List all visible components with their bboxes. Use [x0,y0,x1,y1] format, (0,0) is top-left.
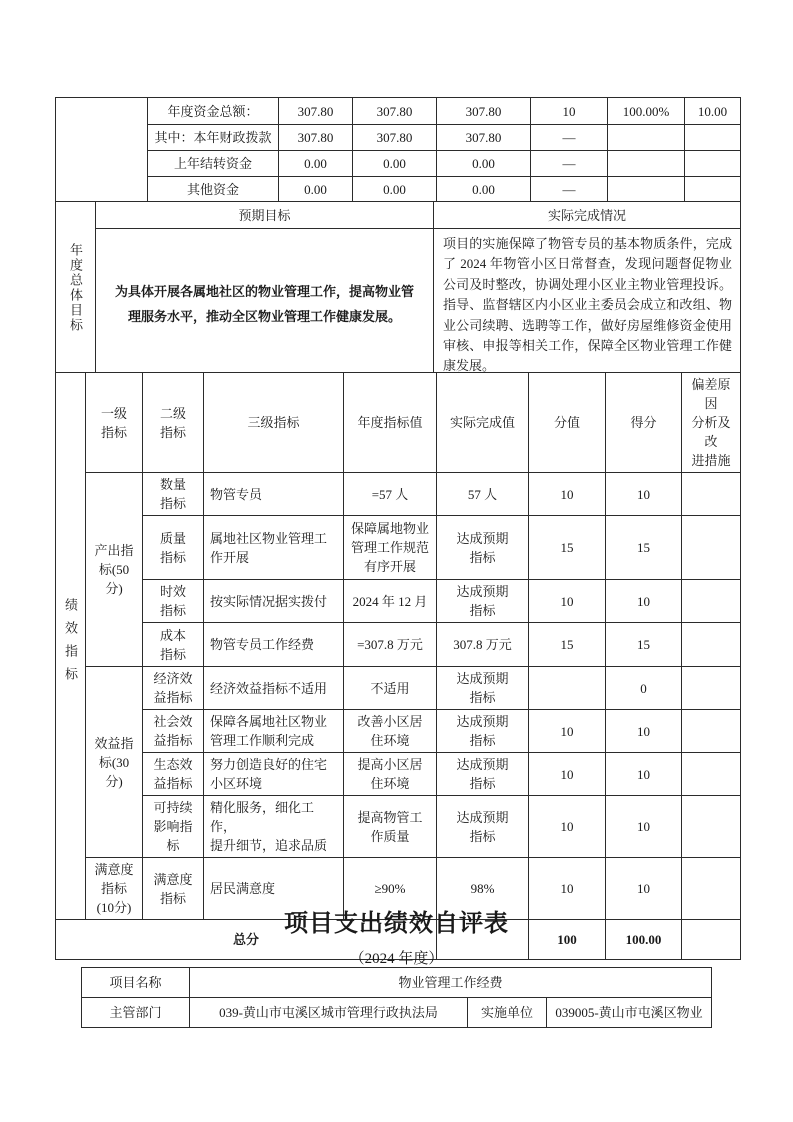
deviation-cell [682,796,741,858]
funding-score-value: — [531,177,608,202]
target-cell: 2024 年 12 月 [344,580,437,623]
points-cell: 10 [606,580,682,623]
header-target: 年度指标值 [344,373,437,473]
funding-row-label: 其中：本年财政拨款 [148,125,279,151]
funding-budget-value: 307.80 [279,125,353,151]
deviation-cell [682,516,741,580]
indicator-side-label-text: 绩效指标 [64,598,77,690]
funding-budget-value: 307.80 [279,98,353,125]
funding-rate-value [608,177,685,202]
score-cell: 10 [529,580,606,623]
funding-final-value: 0.00 [437,151,531,177]
target-cell: 提高小区居 住环境 [344,753,437,796]
funding-table: 年度资金总额： 307.80 307.80 307.80 10 100.00% … [55,97,741,202]
supervisor-dept-label: 主管部门 [82,998,190,1028]
expected-goal-header: 预期目标 [96,202,434,229]
annual-goal-side-label-text: 年度总体目标 [69,243,82,333]
level2-cell: 经济效 益指标 [143,667,204,710]
level2-cell: 生态效 益指标 [143,753,204,796]
deviation-cell [682,580,741,623]
funding-score-value: — [531,125,608,151]
implement-unit-value: 039005-黄山市屯溪区物业 [547,998,712,1028]
actual-result-text: 项目的实施保障了物管专员的基本物质条件，完成了 2024 年物管小区日常督查，发… [434,229,741,380]
actual-result-header: 实际完成情况 [434,202,741,229]
header-points: 得分 [606,373,682,473]
points-cell: 10 [606,796,682,858]
page-title: 项目支出绩效自评表 [0,903,793,938]
funding-row-label: 年度资金总额： [148,98,279,125]
level3-cell: 按实际情况据实拨付 [204,580,344,623]
level1-output-indicators: 产出指 标(50 分) [86,473,143,667]
self-eval-table: 项目名称 物业管理工作经费 主管部门 039-黄山市屯溪区城市管理行政执法局 实… [81,967,712,1028]
actual-cell: 达成预期 指标 [437,580,529,623]
deviation-cell [682,623,741,667]
level2-cell: 可持续 影响指 标 [143,796,204,858]
annual-goal-side-label: 年度总体目标 [56,202,96,380]
points-cell: 15 [606,623,682,667]
project-name-value: 物业管理工作经费 [190,968,712,998]
target-cell: 不适用 [344,667,437,710]
funding-executed-value: 307.80 [353,125,437,151]
funding-row-label: 上年结转资金 [148,151,279,177]
actual-cell: 达成预期 指标 [437,753,529,796]
actual-cell: 达成预期 指标 [437,796,529,858]
score-cell: 15 [529,516,606,580]
actual-cell: 达成预期 指标 [437,516,529,580]
supervisor-dept-value: 039-黄山市屯溪区城市管理行政执法局 [190,998,468,1028]
points-cell: 10 [606,753,682,796]
level3-cell: 保障各属地社区物业 管理工作顺利完成 [204,710,344,753]
funding-executed-value: 0.00 [353,151,437,177]
expected-goal-text: 为具体开展各属地社区的物业管理工作，提高物业管理服务水平，推动全区物业管理工作健… [96,229,434,380]
deviation-cell [682,473,741,516]
score-cell: 10 [529,710,606,753]
funding-row-label: 其他资金 [148,177,279,202]
project-name-label: 项目名称 [82,968,190,998]
funding-score-value: — [531,151,608,177]
actual-cell: 达成预期 指标 [437,667,529,710]
funding-points-value [685,177,741,202]
level3-cell: 属地社区物业管理工 作开展 [204,516,344,580]
document-page: 年度资金总额： 307.80 307.80 307.80 10 100.00% … [0,0,793,1122]
deviation-cell [682,667,741,710]
funding-rate-value: 100.00% [608,98,685,125]
level2-cell: 数量 指标 [143,473,204,516]
funding-budget-value: 0.00 [279,177,353,202]
header-deviation: 偏差原因 分析及改 进措施 [682,373,741,473]
funding-rate-value [608,125,685,151]
funding-points-value: 10.00 [685,98,741,125]
score-cell: 15 [529,623,606,667]
implement-unit-label: 实施单位 [468,998,547,1028]
funding-final-value: 0.00 [437,177,531,202]
actual-cell: 达成预期 指标 [437,710,529,753]
funding-executed-value: 0.00 [353,177,437,202]
score-cell: 10 [529,473,606,516]
deviation-cell [682,710,741,753]
funding-score-value: 10 [531,98,608,125]
funding-side-empty-cell [56,98,148,202]
level2-cell: 社会效 益指标 [143,710,204,753]
indicator-side-label: 绩效指标 [56,373,86,920]
points-cell: 15 [606,516,682,580]
page-subtitle: （2024 年度） [0,947,793,968]
level3-cell: 经济效益指标不适用 [204,667,344,710]
funding-executed-value: 307.80 [353,98,437,125]
level2-cell: 时效 指标 [143,580,204,623]
target-cell: 保障属地物业 管理工作规范 有序开展 [344,516,437,580]
funding-final-value: 307.80 [437,98,531,125]
level3-cell: 物管专员工作经费 [204,623,344,667]
target-cell: =57 人 [344,473,437,516]
funding-budget-value: 0.00 [279,151,353,177]
header-actual: 实际完成值 [437,373,529,473]
target-cell: =307.8 万元 [344,623,437,667]
points-cell: 10 [606,473,682,516]
header-level1: 一级 指标 [86,373,143,473]
annual-goal-table: 年度总体目标 预期目标 实际完成情况 为具体开展各属地社区的物业管理工作，提高物… [55,201,741,380]
level2-cell: 质量 指标 [143,516,204,580]
funding-rate-value [608,151,685,177]
header-level2: 二级 指标 [143,373,204,473]
level1-benefit-indicators: 效益指 标(30 分) [86,667,143,858]
level3-cell: 物管专员 [204,473,344,516]
target-cell: 改善小区居 住环境 [344,710,437,753]
actual-cell: 57 人 [437,473,529,516]
funding-final-value: 307.80 [437,125,531,151]
points-cell: 10 [606,710,682,753]
funding-points-value [685,151,741,177]
deviation-cell [682,753,741,796]
level3-cell: 努力创造良好的住宅 小区环境 [204,753,344,796]
score-cell [529,667,606,710]
indicator-table: 绩效指标 一级 指标 二级 指标 三级指标 年度指标值 实际完成值 分值 得分 … [55,372,741,960]
score-cell: 10 [529,753,606,796]
level3-cell: 精化服务，细化工作， 提升细节，追求品质 [204,796,344,858]
points-cell: 0 [606,667,682,710]
actual-cell: 307.8 万元 [437,623,529,667]
level2-cell: 成本 指标 [143,623,204,667]
header-score: 分值 [529,373,606,473]
target-cell: 提高物管工 作质量 [344,796,437,858]
funding-points-value [685,125,741,151]
score-cell: 10 [529,796,606,858]
header-level3: 三级指标 [204,373,344,473]
